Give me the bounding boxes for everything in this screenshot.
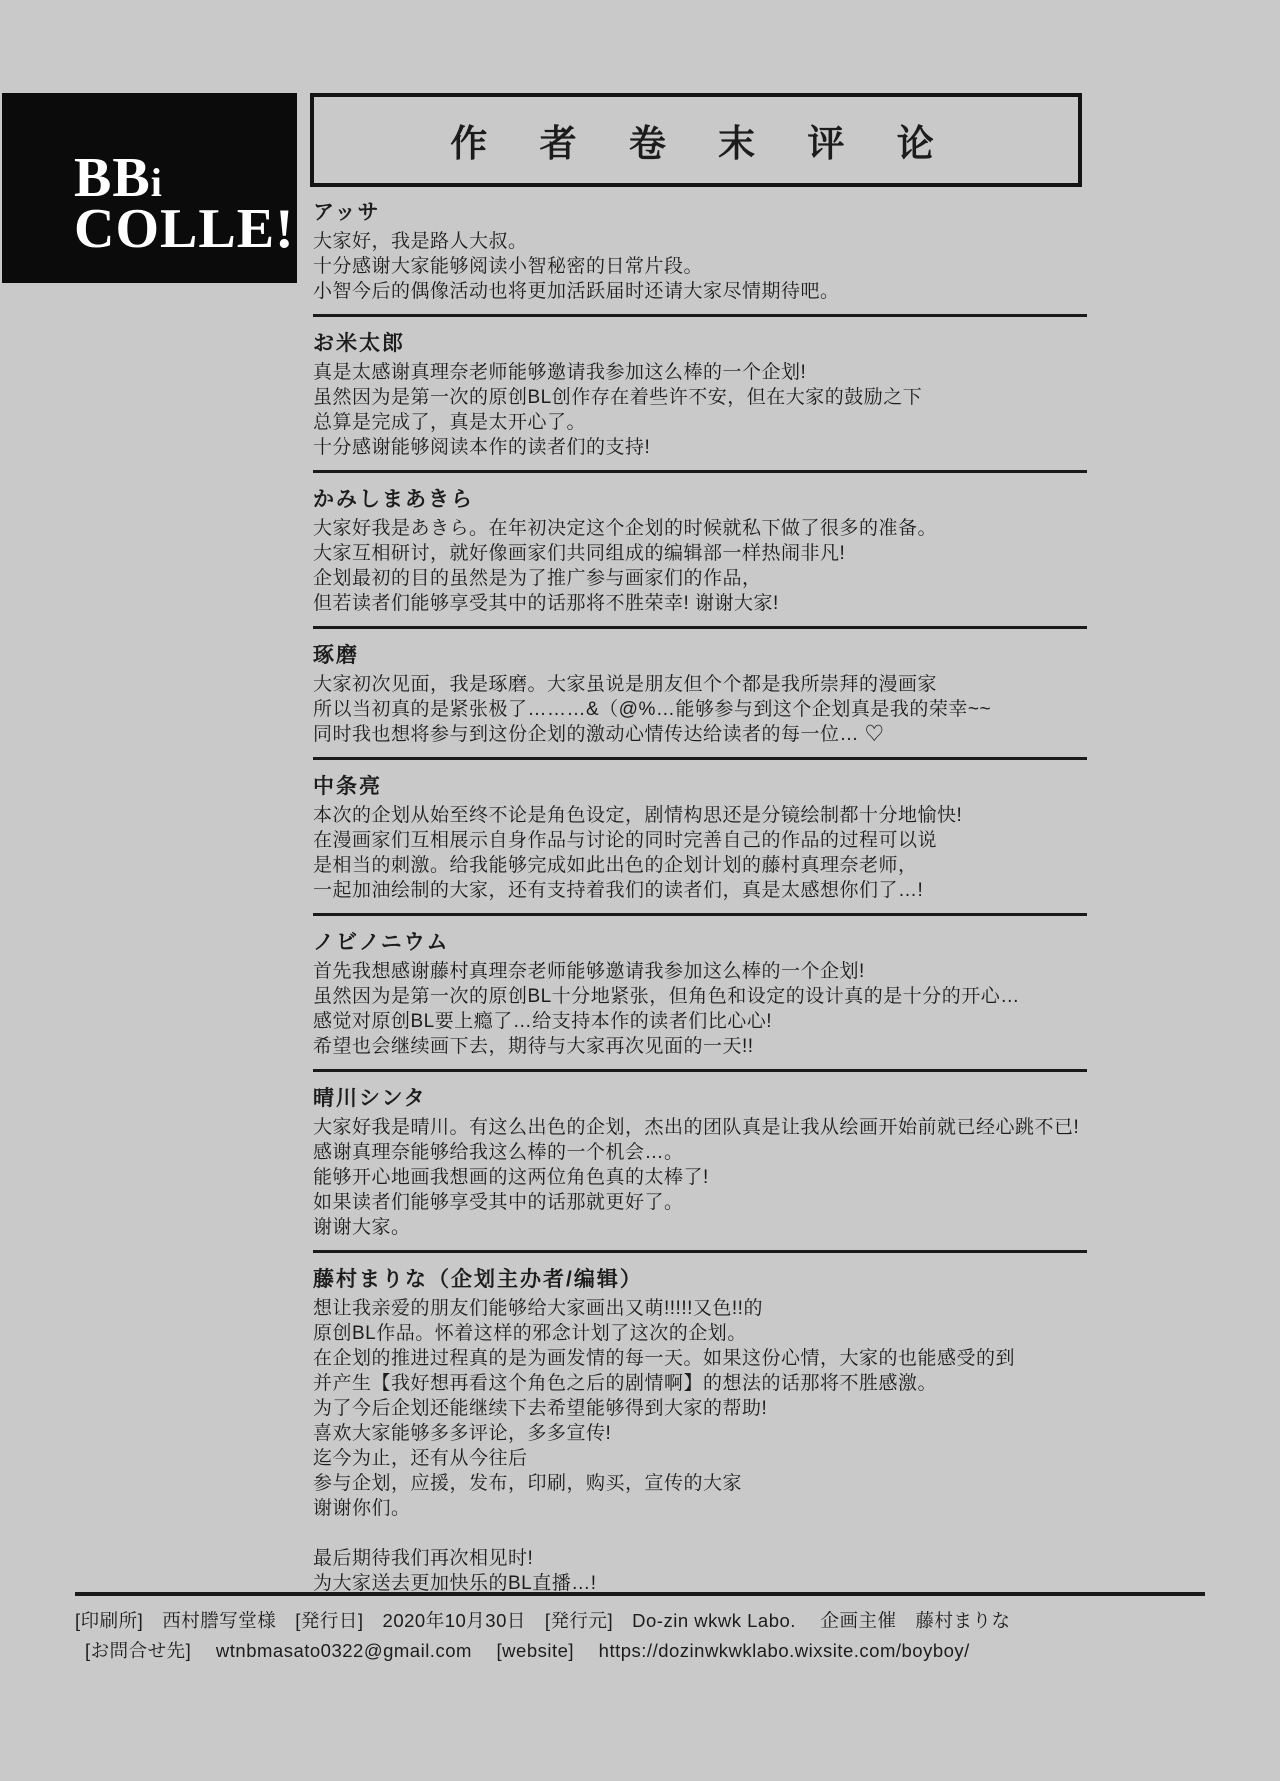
comment-line: 但若读者们能够享受其中的话那将不胜荣幸! 谢谢大家! [313,591,1087,616]
section-divider [313,757,1087,760]
section-divider [313,1069,1087,1072]
author-name: アッサ [313,200,1087,226]
comment-line: 十分感谢大家能够阅读小智秘密的日常片段。 [313,254,1087,279]
comment-line: 真是太感谢真理奈老师能够邀请我参加这么棒的一个企划! [313,360,1087,385]
comment-line: 十分感谢能够阅读本作的读者们的支持! [313,435,1087,460]
comment-line: 同时我也想将参与到这份企划的激动心情传达给读者的每一位… ♡ [313,722,1087,747]
author-section: 晴川シンタ大家好我是晴川。有这么出色的企划，杰出的团队真是让我从绘画开始前就已经… [313,1086,1087,1240]
author-section: 中条亮本次的企划从始至终不论是角色设定，剧情构思还是分镜绘制都十分地愉快!在漫画… [313,774,1087,903]
comment-line: 在漫画家们互相展示自身作品与讨论的同时完善自己的作品的过程可以说 [313,828,1087,853]
author-section: お米太郎真是太感谢真理奈老师能够邀请我参加这么棒的一个企划!虽然因为是第一次的原… [313,331,1087,460]
comment-line: 参与企划，应援，发布，印刷，购买，宣传的大家 [313,1471,1087,1496]
comment-line: 虽然因为是第一次的原创BL创作存在着些许不安，但在大家的鼓励之下 [313,385,1087,410]
comment-line: 原创BL作品。怀着这样的邪念计划了这次的企划。 [313,1321,1087,1346]
comment-line: 大家好，我是路人大叔。 [313,229,1087,254]
comment-line: 企划最初的目的虽然是为了推广参与画家们的作品， [313,566,1087,591]
author-section: かみしまあきら大家好我是あきら。在年初决定这个企划的时候就私下做了很多的准备。大… [313,487,1087,616]
comment-line: 在企划的推进过程真的是为画发情的每一天。如果这份心情，大家的也能感受的到 [313,1346,1087,1371]
comment-line: 本次的企划从始至终不论是角色设定，剧情构思还是分镜绘制都十分地愉快! [313,803,1087,828]
comment-line: 大家互相研讨，就好像画家们共同组成的编辑部一样热闹非凡! [313,541,1087,566]
comment-line: 希望也会继续画下去，期待与大家再次见面的一天!! [313,1034,1087,1059]
comment-line: 想让我亲爱的朋友们能够给大家画出又萌!!!!!又色!!的 [313,1296,1087,1321]
author-section: 琢磨大家初次见面，我是琢磨。大家虽说是朋友但个个都是我所崇拜的漫画家所以当初真的… [313,643,1087,747]
colophon-print-info: [印刷所] 西村謄写堂様 [発行日] 2020年10月30日 [発行元] Do-… [75,1606,1255,1636]
comment-line: 大家好我是あきら。在年初决定这个企划的时候就私下做了很多的准备。 [313,516,1087,541]
comment-line: 并产生【我好想再看这个角色之后的剧情啊】的想法的话那将不胜感激。 [313,1371,1087,1396]
footer-divider [75,1592,1205,1596]
comment-line: 是相当的刺激。给我能够完成如此出色的企划计划的藤村真理奈老师， [313,853,1087,878]
author-section: 藤村まりな（企划主办者/编辑）想让我亲爱的朋友们能够给大家画出又萌!!!!!又色… [313,1267,1087,1596]
section-divider [313,1250,1087,1253]
comment-line: 所以当初真的是紧张极了………&（@%…能够参与到这个企划真是我的荣幸~~ [313,697,1087,722]
logo-line-2: COLLE! [74,206,297,253]
comment-line: 感谢真理奈能够给我这么棒的一个机会…。 [313,1140,1087,1165]
colophon: [印刷所] 西村謄写堂様 [発行日] 2020年10月30日 [発行元] Do-… [75,1606,1255,1666]
author-name: お米太郎 [313,331,1087,357]
comment-line: 小智今后的偶像活动也将更加活跃届时还请大家尽情期待吧。 [313,279,1087,304]
author-name: 琢磨 [313,643,1087,669]
author-section: ノビノニウム首先我想感谢藤村真理奈老师能够邀请我参加这么棒的一个企划!虽然因为是… [313,930,1087,1059]
comment-line [313,1521,1087,1546]
comment-line: 喜欢大家能够多多评论，多多宣传! [313,1421,1087,1446]
author-name: 中条亮 [313,774,1087,800]
comment-line: 谢谢你们。 [313,1496,1087,1521]
comment-line: 谢谢大家。 [313,1215,1087,1240]
author-name: かみしまあきら [313,487,1087,513]
author-name: ノビノニウム [313,930,1087,956]
comment-line: 能够开心地画我想画的这两位角色真的太棒了! [313,1165,1087,1190]
author-name: 晴川シンタ [313,1086,1087,1112]
comment-line: 首先我想感谢藤村真理奈老师能够邀请我参加这么棒的一个企划! [313,959,1087,984]
comments-column: アッサ大家好，我是路人大叔。十分感谢大家能够阅读小智秘密的日常片段。小智今后的偶… [313,200,1087,1596]
comment-line: 一起加油绘制的大家，还有支持着我们的读者们，真是太感想你们了…! [313,878,1087,903]
comment-line: 感觉对原创BL要上瘾了…给支持本作的读者们比心心! [313,1009,1087,1034]
comment-line: 最后期待我们再次相见时! [313,1546,1087,1571]
section-divider [313,626,1087,629]
comment-line: 如果读者们能够享受其中的话那就更好了。 [313,1190,1087,1215]
comment-line: 大家好我是晴川。有这么出色的企划，杰出的团队真是让我从绘画开始前就已经心跳不已! [313,1115,1087,1140]
comment-line: 虽然因为是第一次的原创BL十分地紧张，但角色和设定的设计真的是十分的开心… [313,984,1087,1009]
author-name: 藤村まりな（企划主办者/编辑） [313,1267,1087,1293]
page-title-box: 作 者 卷 末 评 论 [310,93,1082,187]
comment-line: 迄今为止，还有从今往后 [313,1446,1087,1471]
comment-line: 总算是完成了，真是太开心了。 [313,410,1087,435]
section-divider [313,913,1087,916]
comment-line: 为了今后企划还能继续下去希望能够得到大家的帮助! [313,1396,1087,1421]
section-divider [313,470,1087,473]
author-section: アッサ大家好，我是路人大叔。十分感谢大家能够阅读小智秘密的日常片段。小智今后的偶… [313,200,1087,304]
section-divider [313,314,1087,317]
bbi-colle-logo: BBi COLLE! [2,93,297,283]
comment-line: 大家初次见面，我是琢磨。大家虽说是朋友但个个都是我所崇拜的漫画家 [313,672,1087,697]
afterword-page: BBi COLLE! 作 者 卷 末 评 论 アッサ大家好，我是路人大叔。十分感… [0,0,1280,1781]
colophon-contact-info: [お問合せ先] wtnbmasato0322@gmail.com [websit… [85,1636,1255,1666]
page-title: 作 者 卷 末 评 论 [450,113,941,167]
